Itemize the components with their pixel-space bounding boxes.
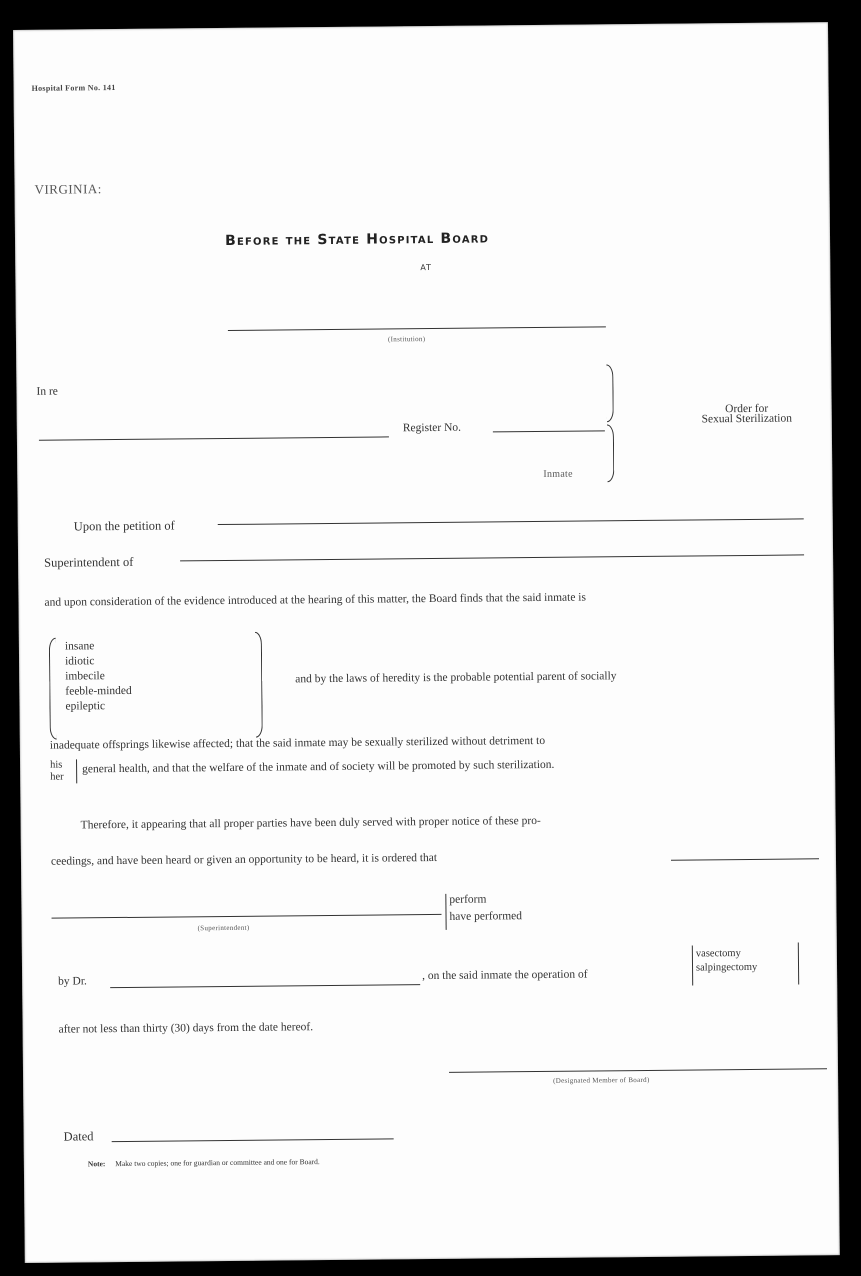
perform-brace <box>445 894 446 930</box>
state-heading: VIRGINIA: <box>34 181 101 198</box>
ordered-text: ceedings, and have been heard or given a… <box>51 852 437 868</box>
conditions-list: insane idiotic imbecile feeble-minded ep… <box>65 639 132 715</box>
perform-option-have-performed[interactable]: have performed <box>449 908 522 926</box>
conditions-brace-left <box>49 638 57 740</box>
days-text: after not less than thirty (30) days fro… <box>59 1021 314 1035</box>
form-title: Before the State Hospital Board <box>225 230 489 249</box>
operation-options: vasectomy salpingectomy <box>696 947 758 976</box>
institution-field[interactable] <box>228 326 606 331</box>
operation-brace-left <box>692 946 693 986</box>
scanned-form-page: Hospital Form No. 141 VIRGINIA: Before t… <box>13 22 840 1263</box>
by-dr-label: by Dr. <box>58 975 87 987</box>
petition-label: Upon the petition of <box>74 518 175 534</box>
register-number-field[interactable] <box>493 430 605 432</box>
doctor-name-field[interactable] <box>110 984 420 988</box>
in-re-label: In re <box>36 386 58 398</box>
inmate-name-field[interactable] <box>39 436 389 440</box>
conditions-brace-right <box>255 632 263 738</box>
operation-brace-right <box>798 942 799 984</box>
footnote: Note: Make two copies; one for guardian … <box>88 1157 320 1168</box>
petitioner-field[interactable] <box>218 518 804 525</box>
perform-options: perform have performed <box>449 891 522 926</box>
brace-top <box>606 364 614 422</box>
operation-salpingectomy[interactable]: salpingectomy <box>696 961 757 976</box>
order-title: Order for Sexual Sterilization <box>677 402 817 425</box>
condition-idiotic[interactable]: idiotic <box>65 654 132 670</box>
superintendent-name-field[interactable] <box>52 914 442 919</box>
note-label: Note: <box>88 1159 106 1168</box>
inmate-caption: Inmate <box>543 469 573 480</box>
board-member-caption: (Designated Member of Board) <box>553 1076 650 1085</box>
offspring-text: inadequate offsprings likewise affected;… <box>50 732 820 751</box>
date-field[interactable] <box>112 1138 394 1142</box>
pronoun-brace <box>76 759 77 783</box>
board-member-signature-field[interactable] <box>449 1068 827 1073</box>
pronoun-his[interactable]: his <box>50 760 64 772</box>
brace-bottom <box>607 424 615 482</box>
superintendent-label: Superintendent of <box>44 555 133 571</box>
pronoun-options: his her <box>50 760 64 784</box>
ordered-party-field[interactable] <box>671 858 819 860</box>
condition-epileptic[interactable]: epileptic <box>65 699 132 715</box>
operation-text: , on the said inmate the operation of <box>422 969 588 983</box>
perform-option-perform[interactable]: perform <box>449 891 522 909</box>
welfare-text: general health, and that the welfare of … <box>82 756 822 775</box>
operation-vasectomy[interactable]: vasectomy <box>696 947 757 962</box>
superintendent-institution-field[interactable] <box>180 554 804 561</box>
condition-imbecile[interactable]: imbecile <box>65 669 132 685</box>
note-text: Make two copies; one for guardian or com… <box>115 1157 320 1168</box>
therefore-text: Therefore, it appearing that all proper … <box>81 812 821 831</box>
condition-feeble-minded[interactable]: feeble-minded <box>65 684 132 700</box>
dated-label: Dated <box>64 1129 94 1144</box>
register-label: Register No. <box>403 422 461 435</box>
condition-insane[interactable]: insane <box>65 639 132 655</box>
superintendent-caption: (Superintendent) <box>198 924 250 932</box>
findings-text: and upon consideration of the evidence i… <box>44 588 814 609</box>
pronoun-her[interactable]: her <box>50 772 64 784</box>
order-title-line2: Sexual Sterilization <box>677 412 817 425</box>
form-number: Hospital Form No. 141 <box>32 83 116 93</box>
at-label: AT <box>420 263 432 272</box>
heredity-text: and by the laws of heredity is the proba… <box>295 668 815 685</box>
institution-caption: (Institution) <box>388 335 425 343</box>
